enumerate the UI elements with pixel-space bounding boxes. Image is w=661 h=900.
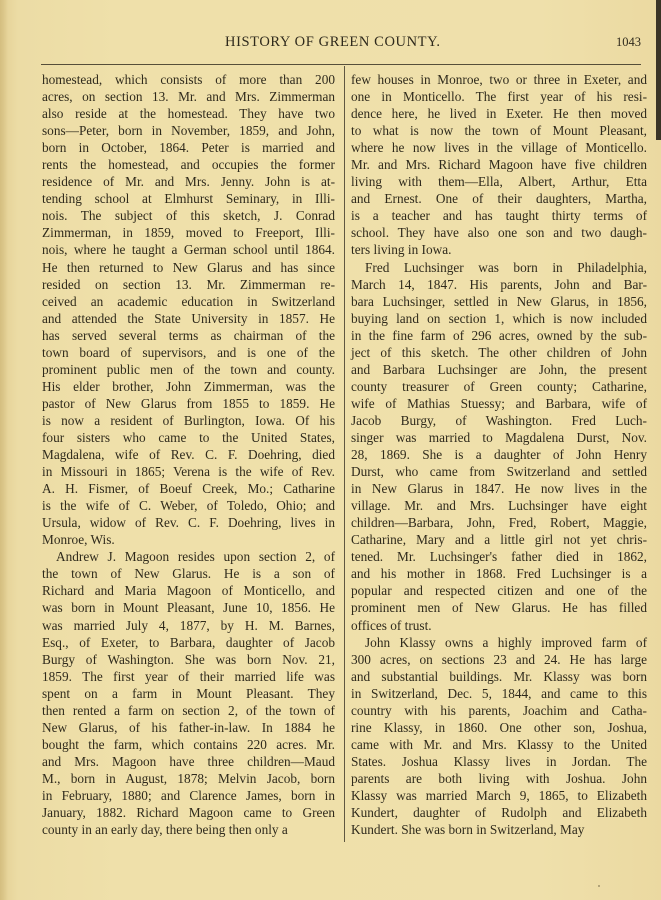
text-line: born in October, 1864. Peter is married …: [42, 139, 335, 156]
text-line: acres, on section 13. Mr. and Mrs. Zimme…: [42, 88, 335, 105]
text-line: Andrew J. Magoon resides upon section 2,…: [42, 548, 335, 565]
scan-edge: [656, 0, 661, 140]
text-line: Ursula, widow of Rev. C. F. Doehring, li…: [42, 514, 335, 531]
text-line: is the wife of C. Weber, of Toledo, Ohio…: [42, 497, 335, 514]
text-line: 1859. The first year of their married li…: [42, 668, 335, 685]
text-line: children—Barbara, John, Fred, Robert, Ma…: [351, 514, 647, 531]
text-line: nois. The subject of this sketch, J. Con…: [42, 207, 335, 224]
text-line: ceived an academic education in Switzerl…: [42, 293, 335, 310]
text-line: country with his parents, Joachim and Ca…: [351, 702, 647, 719]
text-line: tened. Mr. Luchsinger's father died in 1…: [351, 548, 647, 565]
text-line: buying land on section 1, which is now i…: [351, 310, 647, 327]
text-line: Jacob Burgy, of Washington. Fred Luch-: [351, 412, 647, 429]
text-line: then rented a farm on section 2, of the …: [42, 702, 335, 719]
text-line: and attended the State University in 185…: [42, 310, 335, 327]
text-line: came with Mr. and Mrs. Klassy to the Uni…: [351, 736, 647, 753]
book-page: HISTORY OF GREEN COUNTY. 1043 homestead,…: [0, 0, 661, 900]
text-line: offices of trust.: [351, 617, 647, 634]
paper-speck: [598, 885, 600, 887]
text-line: New Glarus, of his father-in-law. In 188…: [42, 719, 335, 736]
text-line: in Switzerland, Dec. 5, 1844, and came t…: [351, 685, 647, 702]
text-line: ters living in Iowa.: [351, 241, 647, 258]
text-line: Fred Luchsinger was born in Philadelphia…: [351, 259, 647, 276]
page-number: 1043: [616, 35, 641, 50]
text-line: was born in Mount Pleasant, June 10, 185…: [42, 599, 335, 616]
text-line: wife of Mathias Stuessy; and Barbara, wi…: [351, 395, 647, 412]
text-line: school. They have also one son and two d…: [351, 224, 647, 241]
text-line: A. H. Fismer, of Boeuf Creek, Mo.; Catha…: [42, 480, 335, 497]
text-line: ject of this sketch. The other children …: [351, 344, 647, 361]
text-line: town board of supervisors, and is one of…: [42, 344, 335, 361]
text-line: pastor of New Glarus from 1855 to 1859. …: [42, 395, 335, 412]
text-line: in Missouri in 1865; Verena is the wife …: [42, 463, 335, 480]
text-line: in the fine farm of 296 acres, owned by …: [351, 327, 647, 344]
text-line: was married July 4, 1877, by H. M. Barne…: [42, 617, 335, 634]
text-line: January, 1882. Richard Magoon came to Gr…: [42, 804, 335, 821]
running-title: HISTORY OF GREEN COUNTY.: [225, 34, 441, 51]
header-rule: [41, 64, 641, 65]
text-line: parents are both living with Joshua. Joh…: [351, 770, 647, 787]
text-line: in February, 1880; and Clarence James, b…: [42, 787, 335, 804]
text-line: singer was married to Magdalena Durst, N…: [351, 429, 647, 446]
text-line: residence of Mr. and Mrs. Jenny. John is…: [42, 173, 335, 190]
right-column: few houses in Monroe, two or three in Ex…: [351, 71, 647, 838]
text-line: and his mother in 1868. Fred Luchsinger …: [351, 565, 647, 582]
text-line: sons—Peter, born in November, 1859, and …: [42, 122, 335, 139]
text-line: is a teacher and has taught thirty terms…: [351, 207, 647, 224]
text-line: Richard and Maria Magoon of Monticello, …: [42, 582, 335, 599]
text-line: Magdalena, wife of Rev. C. F. Doehring, …: [42, 446, 335, 463]
text-line: prominent public men of the town and cou…: [42, 361, 335, 378]
text-line: homestead, which consists of more than 2…: [42, 71, 335, 88]
text-line: Mr. and Mrs. Richard Magoon have five ch…: [351, 156, 647, 173]
text-line: and Barbara Luchsinger are John, the pre…: [351, 361, 647, 378]
text-line: M., born in August, 1878; Melvin Jacob, …: [42, 770, 335, 787]
text-line: few houses in Monroe, two or three in Ex…: [351, 71, 647, 88]
text-line: Zimmerman, in 1859, moved to Freeport, I…: [42, 224, 335, 241]
text-line: Catharine, Mary and a little girl not ye…: [351, 531, 647, 548]
gutter-shadow: [0, 0, 8, 900]
text-line: Durst, who came from Switzerland and set…: [351, 463, 647, 480]
text-line: village. Mr. and Mrs. Luchsinger have ei…: [351, 497, 647, 514]
text-line: the town of New Glarus. He is a son of: [42, 565, 335, 582]
text-line: in New Glarus in 1847. He now lives in t…: [351, 480, 647, 497]
text-line: Klassy was married March 9, 1865, to Eli…: [351, 787, 647, 804]
text-line: spent on a farm in Mount Pleasant. They: [42, 685, 335, 702]
text-line: John Klassy owns a highly improved farm …: [351, 634, 647, 651]
text-line: living with them—Ella, Albert, Arthur, E…: [351, 173, 647, 190]
text-line: Esq., of Exeter, to Barbara, daughter of…: [42, 634, 335, 651]
text-line: 28, 1869. She is a daughter of John Henr…: [351, 446, 647, 463]
text-line: Burgy of Washington. She was born Nov. 2…: [42, 651, 335, 668]
text-line: His elder brother, John Zimmerman, was t…: [42, 378, 335, 395]
text-line: prominent men of New Glarus. He has fill…: [351, 599, 647, 616]
running-header: HISTORY OF GREEN COUNTY. 1043: [225, 34, 650, 54]
text-line: resided on section 13. Mr. Zimmerman re-: [42, 276, 335, 293]
text-line: Kundert. She was born in Switzerland, Ma…: [351, 821, 647, 838]
text-line: rents the homestead, and occupies the fo…: [42, 156, 335, 173]
text-line: Kundert, daughter of Rudolph and Elizabe…: [351, 804, 647, 821]
text-line: and Mrs. Magoon have three children—Maud: [42, 753, 335, 770]
text-line: and Ernest. One of their daughters, Mart…: [351, 190, 647, 207]
text-line: Monroe, Wis.: [42, 531, 335, 548]
text-line: States. Joshua Klassy lives in Jordan. T…: [351, 753, 647, 770]
column-divider: [344, 66, 345, 842]
left-column: homestead, which consists of more than 2…: [42, 71, 335, 838]
text-line: bara Luchsinger, settled in New Glarus, …: [351, 293, 647, 310]
text-line: tending school at Elmhurst Seminary, in …: [42, 190, 335, 207]
text-line: March 14, 1847. His parents, John and Ba…: [351, 276, 647, 293]
text-line: one in Monticello. The first year of his…: [351, 88, 647, 105]
text-line: and substantial buildings. Mr. Klassy wa…: [351, 668, 647, 685]
text-line: rine Klassy, in 1860. One other son, Jos…: [351, 719, 647, 736]
text-line: county treasurer of Green county; Cathar…: [351, 378, 647, 395]
text-line: four sisters who came to the United Stat…: [42, 429, 335, 446]
text-line: He then returned to New Glarus and has s…: [42, 259, 335, 276]
text-line: popular and respected citizen and one of…: [351, 582, 647, 599]
text-line: has served several terms as chairman of …: [42, 327, 335, 344]
text-line: is now a resident of Burlington, Iowa. O…: [42, 412, 335, 429]
text-line: to what is now the town of Mount Pleasan…: [351, 122, 647, 139]
text-line: county in an early day, there being then…: [42, 821, 335, 838]
text-line: bought the farm, which contains 220 acre…: [42, 736, 335, 753]
text-line: dence here, he lived in Exeter. He then …: [351, 105, 647, 122]
text-line: 300 acres, on sections 23 and 24. He has…: [351, 651, 647, 668]
text-line: nois, where he taught a German school un…: [42, 241, 335, 258]
text-line: where he now lives in the village of Mon…: [351, 139, 647, 156]
text-line: also reside at the homestead. They have …: [42, 105, 335, 122]
